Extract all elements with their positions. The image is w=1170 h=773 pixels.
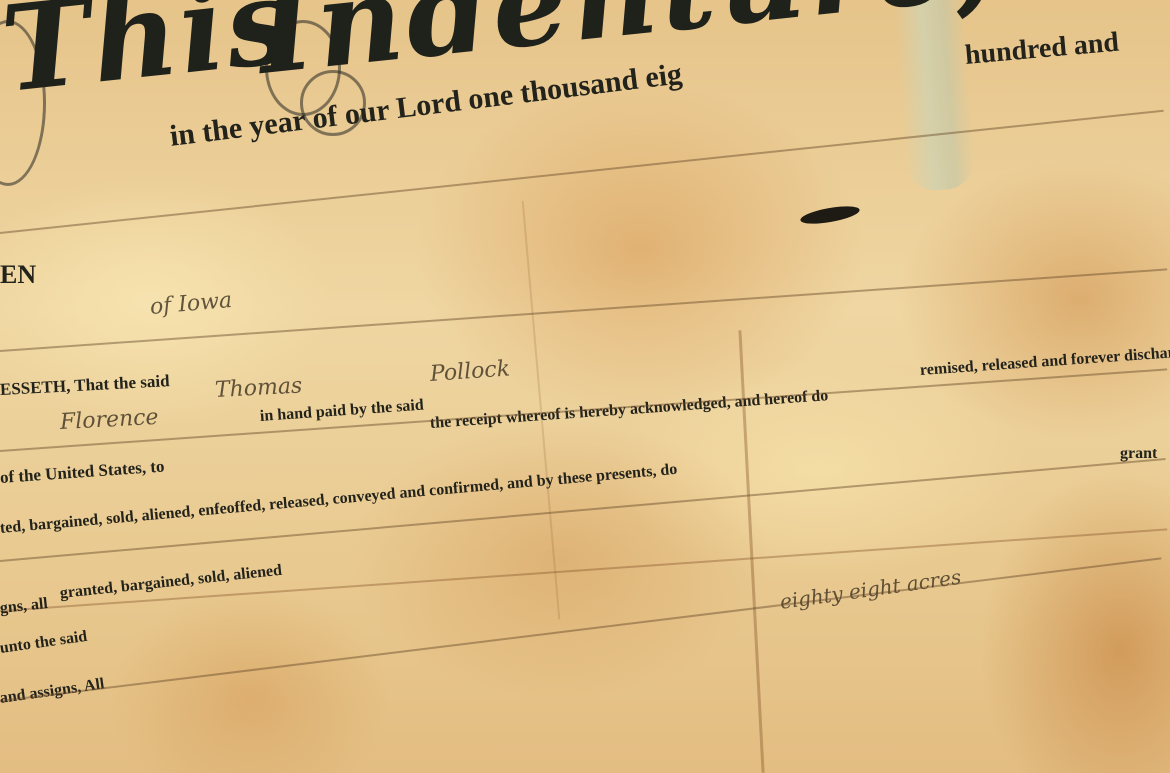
printed-line: the receipt whereof is hereby acknowledg… bbox=[429, 387, 829, 433]
ruled-line bbox=[0, 368, 1167, 452]
printed-line: and assigns, All bbox=[0, 675, 106, 707]
printed-line: granted, bargained, sold, aliened bbox=[59, 562, 283, 603]
printed-line: of the United States, to bbox=[0, 457, 165, 488]
handwritten-line: Pollock bbox=[429, 356, 511, 387]
ink-blot bbox=[799, 203, 861, 227]
handwritten-line: of Iowa bbox=[149, 288, 233, 320]
fold-line bbox=[0, 528, 1167, 612]
handwritten-line: Florence bbox=[59, 405, 159, 435]
printed-line: EN bbox=[0, 260, 36, 290]
printed-line: ESSETH, That the said bbox=[0, 371, 170, 400]
parchment-photo: This Indenture, in the year of our Lord … bbox=[0, 0, 1170, 773]
printed-line: unto the said bbox=[0, 628, 88, 658]
printed-line: remised, released and forever discharged bbox=[919, 343, 1170, 380]
printed-line: gns, all bbox=[0, 595, 49, 618]
handwritten-line: eighty eight acres bbox=[778, 565, 962, 614]
printed-line: hundred and bbox=[964, 27, 1121, 72]
handwritten-line: Thomas bbox=[214, 373, 303, 403]
